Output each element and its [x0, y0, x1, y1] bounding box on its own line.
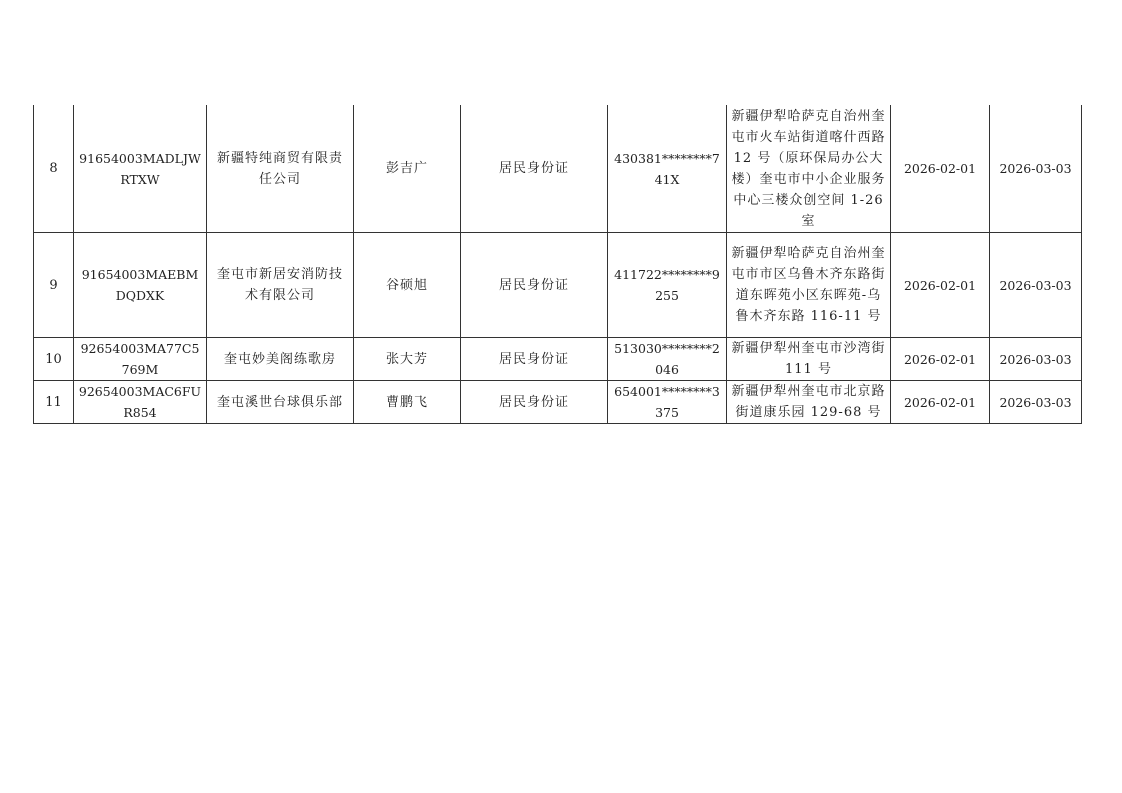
start-date: 2026-02-01	[891, 105, 990, 233]
id-number: 654001********3375	[608, 381, 727, 424]
row-number: 11	[34, 381, 74, 424]
end-date: 2026-03-03	[990, 338, 1082, 381]
id-type: 居民身份证	[461, 381, 608, 424]
credit-code: 92654003MAC6FUR854	[74, 381, 207, 424]
id-number: 430381********741X	[608, 105, 727, 233]
end-date: 2026-03-03	[990, 233, 1082, 338]
start-date: 2026-02-01	[891, 381, 990, 424]
credit-code: 91654003MAEBMDQDXK	[74, 233, 207, 338]
legal-representative: 曹鹏飞	[354, 381, 461, 424]
legal-representative: 谷硕旭	[354, 233, 461, 338]
table-row: 8 91654003MADLJWRTXW 新疆特纯商贸有限责任公司 彭吉广 居民…	[34, 105, 1082, 233]
id-number: 411722********9255	[608, 233, 727, 338]
end-date: 2026-03-03	[990, 105, 1082, 233]
entity-name: 新疆特纯商贸有限责任公司	[207, 105, 354, 233]
start-date: 2026-02-01	[891, 338, 990, 381]
table-row: 10 92654003MA77C5769M 奎屯妙美阁练歌房 张大芳 居民身份证…	[34, 338, 1082, 381]
table-row: 11 92654003MAC6FUR854 奎屯溪世台球俱乐部 曹鹏飞 居民身份…	[34, 381, 1082, 424]
row-number: 10	[34, 338, 74, 381]
id-type: 居民身份证	[461, 233, 608, 338]
legal-representative: 彭吉广	[354, 105, 461, 233]
entity-name: 奎屯市新居安消防技术有限公司	[207, 233, 354, 338]
row-number: 8	[34, 105, 74, 233]
entity-name: 奎屯溪世台球俱乐部	[207, 381, 354, 424]
id-type: 居民身份证	[461, 105, 608, 233]
address: 新疆伊犁州奎屯市沙湾街 111 号	[727, 338, 891, 381]
id-type: 居民身份证	[461, 338, 608, 381]
legal-representative: 张大芳	[354, 338, 461, 381]
address: 新疆伊犁哈萨克自治州奎屯市市区乌鲁木齐东路街道东晖苑小区东晖苑-乌鲁木齐东路 1…	[727, 233, 891, 338]
credit-code: 91654003MADLJWRTXW	[74, 105, 207, 233]
end-date: 2026-03-03	[990, 381, 1082, 424]
address: 新疆伊犁州奎屯市北京路街道康乐园 129-68 号	[727, 381, 891, 424]
document-page: 8 91654003MADLJWRTXW 新疆特纯商贸有限责任公司 彭吉广 居民…	[0, 0, 1122, 793]
entity-name: 奎屯妙美阁练歌房	[207, 338, 354, 381]
table-row: 9 91654003MAEBMDQDXK 奎屯市新居安消防技术有限公司 谷硕旭 …	[34, 233, 1082, 338]
registration-table: 8 91654003MADLJWRTXW 新疆特纯商贸有限责任公司 彭吉广 居民…	[33, 105, 1082, 424]
credit-code: 92654003MA77C5769M	[74, 338, 207, 381]
address: 新疆伊犁哈萨克自治州奎屯市火车站街道喀什西路 12 号（原环保局办公大楼）奎屯市…	[727, 105, 891, 233]
row-number: 9	[34, 233, 74, 338]
id-number: 513030********2046	[608, 338, 727, 381]
start-date: 2026-02-01	[891, 233, 990, 338]
